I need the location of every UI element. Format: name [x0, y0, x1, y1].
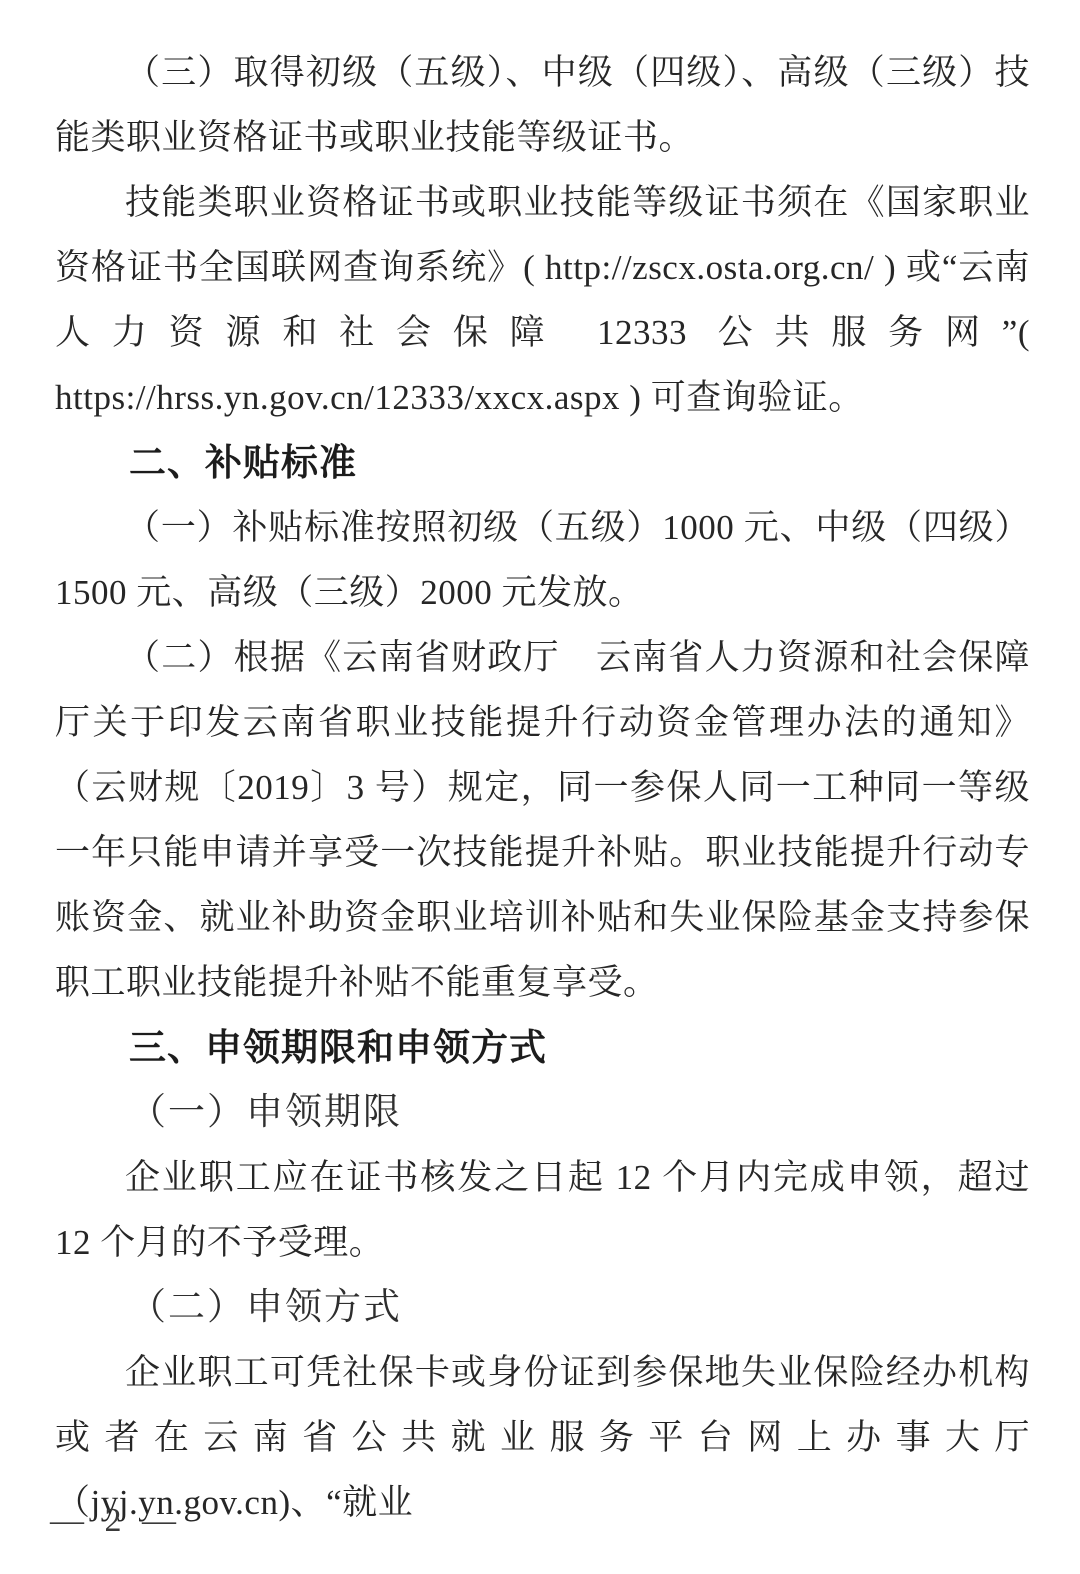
paragraph: （二）根据《云南省财政厅 云南省人力资源和社会保障厅关于印发云南省职业技能提升行… — [55, 625, 1030, 1015]
paragraph: 技能类职业资格证书或职业技能等级证书须在《国家职业资格证书全国联网查询系统》( … — [55, 170, 1030, 430]
page-number: — 2 — — [50, 1502, 182, 1540]
document-page: （三）取得初级（五级）、中级（四级）、高级（三级）技能类职业资格证书或职业技能等… — [0, 0, 1080, 1574]
document-body: （三）取得初级（五级）、中级（四级）、高级（三级）技能类职业资格证书或职业技能等… — [55, 40, 1030, 1535]
paragraph: 企业职工可凭社保卡或身份证到参保地失业保险经办机构或者在云南省公共就业服务平台网… — [55, 1340, 1030, 1535]
paragraph: （三）取得初级（五级）、中级（四级）、高级（三级）技能类职业资格证书或职业技能等… — [55, 40, 1030, 170]
section-subheading: （二）申领方式 — [55, 1275, 1030, 1340]
section-heading: 二、补贴标准 — [55, 430, 1030, 495]
section-heading: 三、申领期限和申领方式 — [55, 1015, 1030, 1080]
paragraph: 企业职工应在证书核发之日起 12 个月内完成申领，超过 12 个月的不予受理。 — [55, 1145, 1030, 1275]
section-subheading: （一）申领期限 — [55, 1080, 1030, 1145]
paragraph: （一）补贴标准按照初级（五级）1000 元、中级（四级）1500 元、高级（三级… — [55, 495, 1030, 625]
